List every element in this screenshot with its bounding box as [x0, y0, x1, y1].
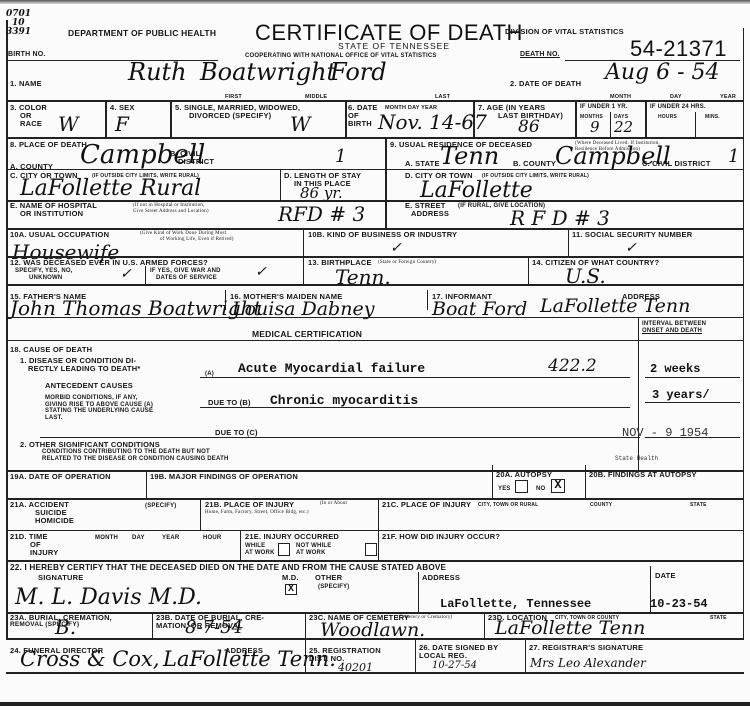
- autopsy-no-label: NO: [536, 486, 545, 493]
- marital-label: 5. SINGLE, MARRIED, WIDOWED, DIVORCED (S…: [175, 104, 300, 120]
- certifier-address: LaFollette, Tennessee: [440, 597, 591, 611]
- label-line: HOMICIDE: [10, 517, 74, 525]
- birth-no-label: BIRTH NO.: [8, 52, 46, 59]
- age-value: 86: [518, 117, 540, 137]
- while-at-work-label: WHILE AT WORK: [245, 543, 275, 556]
- divider: [146, 470, 147, 498]
- informant-address: LaFollette Tenn: [540, 295, 690, 317]
- time-col-month: MONTH: [95, 535, 118, 542]
- date-signed-value: 10-27-54: [432, 660, 477, 671]
- cause-a-value: Acute Myocardial failure: [238, 361, 425, 376]
- divider: [152, 612, 153, 638]
- cause-of-death-label: 18. CAUSE OF DEATH: [10, 346, 92, 354]
- place-injury-b-note: (In or About Home, Farm, Factory, Street…: [205, 510, 309, 516]
- not-while-at-work-checkbox[interactable]: [365, 543, 377, 556]
- row-divider: [6, 638, 744, 640]
- divider: [610, 112, 611, 137]
- divider: [484, 612, 485, 638]
- time-of-injury-label: 21D. TIME OF INJURY: [10, 533, 58, 557]
- row-divider: [6, 100, 744, 102]
- row-divider: [6, 560, 744, 562]
- received-stamp-sub: State Health: [615, 455, 658, 462]
- name-label: 1. NAME: [10, 80, 42, 88]
- cause-b-label: DUE TO (B): [208, 399, 251, 407]
- death-number: 54-21371: [630, 36, 727, 62]
- death-civil-district: 1: [335, 146, 346, 167]
- occupation-note: (Give Kind of Work Done During Most of W…: [140, 231, 234, 242]
- under-1yr-label: IF UNDER 1 YR.: [580, 104, 628, 111]
- label-line: RELATED TO THE DISEASE OR CONDITION CAUS…: [20, 456, 228, 463]
- label-line: DISTRICT: [170, 158, 214, 166]
- note-line: (Give Kind of Work Done During Most: [140, 231, 234, 237]
- divider: [427, 290, 428, 310]
- divider: [6, 530, 744, 531]
- place-injury-c-label: 21C. PLACE OF INJURY: [382, 501, 471, 509]
- birth-number-stamp: 0701 10 3391: [6, 10, 31, 37]
- label-line: IF YES, GIVE WAR AND: [150, 268, 221, 275]
- color-label: 3. COLOR OR RACE: [10, 104, 47, 128]
- cause-b-value: Chronic myocarditis: [270, 393, 418, 408]
- divider: [385, 169, 744, 170]
- divider: [145, 266, 146, 284]
- place-c-col-city: CITY, TOWN OR RURAL: [478, 502, 538, 509]
- place-c-col-state: STATE: [690, 502, 707, 509]
- autopsy-no-checkbox[interactable]: X: [551, 479, 565, 493]
- autopsy-label: 20A. AUTOPSY: [496, 471, 552, 479]
- accident-specify: (SPECIFY): [145, 503, 176, 510]
- label-line: DATES OF SERVICE: [150, 275, 221, 282]
- md-checkbox[interactable]: X: [285, 584, 297, 595]
- armed-specify-label: SPECIFY, YES, NO, UNKNOWN: [15, 268, 73, 281]
- label-line: RACE: [10, 120, 47, 128]
- label-line: INJURY: [10, 549, 58, 557]
- label-line: LOCAL REG.: [419, 652, 498, 660]
- burial-location-value: LaFollette Tenn: [495, 617, 645, 639]
- birth-date-label: 6. DATE OF BIRTH: [348, 104, 378, 128]
- divider: [305, 612, 306, 638]
- label-line: SPECIFY, YES, NO,: [15, 268, 73, 275]
- stamp-line-3: 3391: [6, 28, 31, 37]
- autopsy-yes-label: YES: [498, 486, 511, 493]
- burial-date-value: 8-7-54: [185, 617, 243, 638]
- registrar-label: 27. REGISTRAR'S SIGNATURE: [529, 644, 643, 652]
- injury-occurred-label: 21E. INJURY OCCURRED: [245, 533, 339, 541]
- res-civil: 1: [728, 146, 739, 167]
- date-of-death-label: 2. DATE OF DEATH: [510, 80, 581, 88]
- hospital-value: RFD # 3: [278, 202, 365, 226]
- res-state: Tenn: [440, 142, 499, 170]
- other-specify: (SPECIFY): [318, 584, 349, 591]
- divider: [585, 465, 586, 498]
- under-24hrs-label: IF UNDER 24 HRS.: [650, 104, 706, 111]
- divider: [200, 498, 201, 530]
- note-line: Give Street Address and Location): [133, 209, 209, 215]
- race-value: W: [58, 112, 79, 136]
- label-line: CONDITIONS CONTRIBUTING TO THE DEATH BUT…: [20, 449, 228, 456]
- md-label: M.D.: [282, 574, 299, 582]
- certify-date: 10-23-54: [650, 597, 708, 611]
- divider: [105, 100, 107, 137]
- res-county-label: B. COUNTY: [513, 160, 556, 168]
- label-line: STATING THE UNDERLYING CAUSE: [45, 408, 153, 415]
- divider: [418, 572, 419, 612]
- antecedent-label: ANTECEDENT CAUSES: [45, 382, 133, 390]
- scan-edge: [0, 0, 750, 4]
- row-divider: [6, 284, 744, 286]
- date-of-death-value: Aug 6 - 54: [605, 60, 720, 85]
- disease-label: 1. DISEASE OR CONDITION DI- RECTLY LEADI…: [20, 357, 140, 373]
- department-label: DEPARTMENT OF PUBLIC HEALTH: [68, 29, 216, 37]
- burial-location-state-col: STATE: [710, 615, 727, 622]
- mins-label: MINS.: [705, 114, 720, 121]
- divider: [378, 498, 379, 560]
- hospital-note: (If not in Hospital or Institution, Give…: [133, 203, 209, 214]
- hospital-label: E. NAME OF HOSPITAL OR INSTITUTION: [10, 202, 97, 218]
- state-label: STATE OF TENNESSEE: [338, 42, 450, 50]
- signature-label: SIGNATURE: [38, 574, 83, 582]
- morbid-label: MORBID CONDITIONS, IF ANY, GIVING RISE T…: [45, 395, 153, 421]
- street-label: E. STREET ADDRESS: [405, 202, 449, 218]
- first-name: Ruth: [128, 58, 187, 86]
- label-line: INTERVAL BETWEEN: [642, 321, 706, 328]
- death-no-label: DEATH NO.: [520, 52, 560, 59]
- operation-date-label: 19A. DATE OF OPERATION: [10, 473, 111, 481]
- business-value: ✓: [390, 240, 402, 256]
- label-line: MORBID CONDITIONS, IF ANY,: [45, 395, 153, 402]
- label-line: NOT WHILE: [296, 543, 331, 550]
- time-col-year: YEAR: [162, 535, 179, 542]
- how-injury-label: 21F. HOW DID INJURY OCCUR?: [382, 533, 500, 541]
- divider: [568, 228, 569, 256]
- label-line: DIVORCED (SPECIFY): [175, 112, 300, 120]
- business-label: 10B. KIND OF BUSINESS OR INDUSTRY: [308, 231, 457, 239]
- ssn-value: ✓: [625, 240, 637, 256]
- last-name: Ford: [330, 58, 387, 86]
- divider: [225, 290, 226, 310]
- death-certificate: 0701 10 3391 DEPARTMENT OF PUBLIC HEALTH…: [0, 0, 750, 706]
- label-line: RECTLY LEADING TO DEATH*: [20, 365, 140, 373]
- other-label: OTHER: [315, 574, 342, 582]
- divider: [345, 100, 347, 137]
- sex-label: 4. SEX: [110, 104, 135, 112]
- place-c-col-county: COUNTY: [590, 502, 612, 509]
- divider: [645, 100, 647, 137]
- age-days: 22: [614, 118, 633, 136]
- row-divider: [6, 137, 744, 139]
- divider: [200, 377, 630, 378]
- note-line: (In or About: [320, 501, 347, 507]
- time-col-hour: HOUR: [203, 535, 221, 542]
- armed-specify-value: ✓: [120, 266, 132, 282]
- registrar-signature: Mrs Leo Alexander: [530, 656, 646, 670]
- divider: [40, 437, 640, 438]
- not-while-at-work-label: NOT WHILE AT WORK: [296, 543, 331, 556]
- certify-text: 22. I HEREBY CERTIFY THAT THE DECEASED D…: [10, 564, 446, 572]
- civil-district-label: B. CIVIL DISTRICT: [170, 150, 214, 166]
- medical-section-label: MEDICAL CERTIFICATION: [252, 330, 362, 338]
- divider: [6, 340, 744, 341]
- divider: [645, 437, 740, 438]
- armed-forces-label: 12. WAS DECEASED EVER IN U.S. ARMED FORC…: [10, 259, 208, 267]
- note-line: Home, Farm, Factory, Street, Office Bldg…: [205, 510, 309, 516]
- divider: [240, 530, 241, 560]
- scan-edge-bottom: [0, 702, 750, 706]
- row-divider: [6, 672, 744, 674]
- note-line: of Working Life, Even if Retired): [140, 237, 234, 243]
- divider: [6, 169, 386, 170]
- res-state-label: A. STATE: [405, 160, 440, 168]
- occupation-label: 10A. USUAL OCCUPATION: [10, 231, 109, 239]
- divider: [645, 402, 740, 403]
- divider: [385, 137, 387, 228]
- funeral-director-value: Cross & Cox,: [20, 647, 160, 671]
- while-at-work-checkbox[interactable]: [278, 543, 290, 556]
- divider: [492, 465, 493, 498]
- division-label: DIVISION OF VITAL STATISTICS: [505, 28, 624, 36]
- divider: [305, 638, 306, 672]
- physician-signature: M. L. Davis M.D.: [15, 585, 202, 610]
- certifier-address-label: ADDRESS: [422, 574, 460, 582]
- res-civil-label: C. CIVIL DISTRICT: [642, 160, 711, 168]
- time-col-day: DAY: [132, 535, 145, 542]
- ssn-label: 11. SOCIAL SECURITY NUMBER: [572, 231, 692, 239]
- age-months: 9: [590, 118, 600, 136]
- cause-a-interval: 2 weeks: [650, 362, 700, 376]
- frame-right: [743, 28, 744, 640]
- label-line: 2. OTHER SIGNIFICANT CONDITIONS: [20, 441, 228, 449]
- armed-war-value: ✓: [255, 264, 267, 280]
- divider: [645, 377, 740, 378]
- autopsy-findings-label: 20B. FINDINGS AT AUTOPSY: [589, 471, 697, 479]
- divider: [528, 256, 529, 284]
- divider: [6, 317, 744, 318]
- death-city: LaFollette Rural: [20, 176, 201, 201]
- divider: [575, 100, 577, 137]
- divider: [170, 100, 172, 137]
- autopsy-yes-checkbox[interactable]: [515, 480, 528, 493]
- interval-label: INTERVAL BETWEEN ONSET AND DEATH: [642, 321, 706, 334]
- armed-war-label: IF YES, GIVE WAR AND DATES OF SERVICE: [150, 268, 221, 281]
- place-injury-b-label: 21B. PLACE OF INJURY: [205, 501, 294, 509]
- divider: [200, 407, 630, 408]
- operation-findings-label: 19B. MAJOR FINDINGS OF OPERATION: [150, 473, 298, 481]
- label-line: BIRTH: [348, 120, 378, 128]
- row-divider: [6, 498, 744, 500]
- street-value: R F D # 3: [510, 206, 610, 230]
- marital-value: W: [290, 112, 311, 136]
- cause-a-code: 422.2: [548, 356, 597, 376]
- label-line: LAST.: [45, 415, 153, 422]
- row-divider: [6, 200, 744, 202]
- other-conditions-label: 2. OTHER SIGNIFICANT CONDITIONS CONDITIO…: [20, 441, 228, 462]
- sex-value: F: [115, 112, 129, 136]
- divider: [473, 100, 475, 137]
- hours-label: HOURS: [658, 114, 677, 121]
- place-of-death-label: 8. PLACE OF DEATH: [10, 141, 87, 149]
- label-line: ADDRESS: [405, 210, 449, 218]
- accident-label: 21A. ACCIDENT SUICIDE HOMICIDE: [10, 501, 74, 525]
- label-line: AT WORK: [296, 550, 331, 557]
- label-line: OR INSTITUTION: [10, 210, 97, 218]
- label-line: ONSET AND DEATH: [642, 328, 706, 335]
- cause-c-label: DUE TO (C): [215, 429, 258, 437]
- divider: [695, 112, 696, 137]
- note-line: (If not in Hospital or Institution,: [133, 203, 209, 209]
- frame-left: [6, 20, 8, 640]
- birth-date-value: Nov. 14-67: [378, 110, 487, 134]
- burial-type-value: B.: [55, 615, 76, 639]
- divider: [280, 170, 281, 200]
- label-line: AT WORK: [245, 550, 275, 557]
- middle-name: Boatwright: [200, 58, 336, 86]
- certify-date-label: DATE: [655, 572, 676, 580]
- label-line: UNKNOWN: [15, 275, 73, 282]
- cause-b-interval: 3 years/: [652, 388, 710, 402]
- divider: [415, 638, 416, 672]
- divider: [525, 638, 526, 672]
- date-signed-label: 26. DATE SIGNED BY LOCAL REG.: [419, 644, 498, 660]
